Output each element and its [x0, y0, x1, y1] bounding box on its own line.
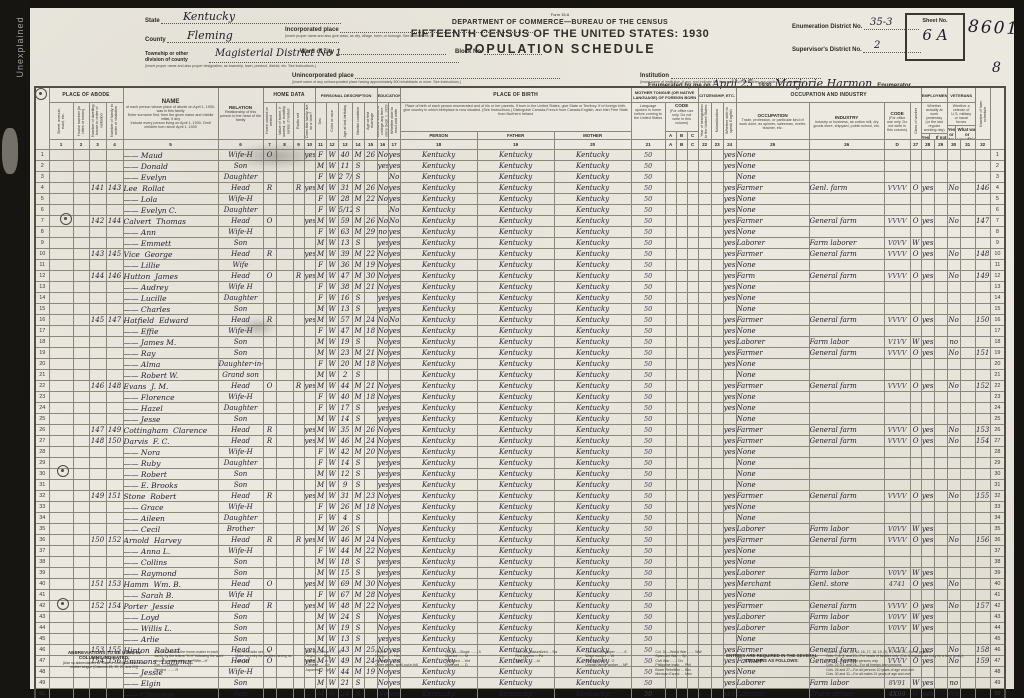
cell-name: Stone Robert [123, 491, 218, 502]
cell-am [364, 612, 377, 623]
cell-pm: Kentucky [554, 623, 631, 634]
cell-emp: yes [921, 689, 934, 698]
cell-mt: 50 [631, 458, 665, 469]
table-row: 40151153Hamm Wm. B.HeadOyesMW69M30NoyesK… [35, 579, 1005, 590]
cell-emp [921, 161, 934, 172]
cell-st [49, 678, 73, 689]
cell-name: Porter Jessie [123, 601, 218, 612]
cell-cd [884, 634, 910, 645]
line-number: 10 [990, 249, 1005, 260]
cell-fa: yes [304, 535, 315, 546]
cell-fa [304, 337, 315, 348]
cell-yi [698, 480, 711, 491]
cell-ind: General farm [809, 249, 884, 260]
cell-fa [304, 447, 315, 458]
cell-pm: Kentucky [554, 161, 631, 172]
cell-ca [665, 249, 676, 260]
cell-dw: 145 [89, 315, 106, 326]
cell-age: 40 [338, 150, 352, 161]
cell-ul [934, 403, 947, 414]
cell-ms: M [352, 249, 364, 260]
cell-rad [293, 282, 304, 293]
cell-ms: S [352, 403, 364, 414]
cell-name: Vice George [123, 249, 218, 260]
line-number: 42 [35, 601, 49, 612]
cell-cc [687, 469, 698, 480]
cell-nat [711, 689, 723, 698]
abbreviation-column: Filipino ...... FilHindu ........ HinKor… [375, 650, 437, 676]
cell-cw [910, 150, 921, 161]
line-number: 49 [35, 678, 49, 689]
line-number: 37 [990, 546, 1005, 557]
cell-cc [687, 348, 698, 359]
cell-cr: W [326, 304, 338, 315]
cell-cw: O [910, 425, 921, 436]
line-number: 16 [990, 315, 1005, 326]
cell-occ: None [736, 557, 809, 568]
cell-pb: Kentucky [400, 172, 477, 183]
cell-age: 19 [338, 337, 352, 348]
cell-val [276, 249, 293, 260]
line-number: 46 [990, 645, 1005, 656]
cell-cw: W [910, 337, 921, 348]
cell-cd [884, 590, 910, 601]
col-header-street: Street, avenue, road, etc. [49, 103, 73, 140]
cell-name: —— Anna L. [123, 546, 218, 557]
line-number: 1 [990, 150, 1005, 161]
cell-cw: O [910, 348, 921, 359]
cell-sx: M [315, 634, 326, 645]
cell-cw: O [910, 183, 921, 194]
cell-dw [89, 293, 106, 304]
line-number: 7 [35, 216, 49, 227]
cell-cc [687, 579, 698, 590]
cell-cb [676, 491, 687, 502]
cell-cr: W [326, 227, 338, 238]
cell-ca [665, 271, 676, 282]
cell-war [960, 326, 975, 337]
cell-pf: Kentucky [477, 557, 554, 568]
cell-fs: 152 [975, 381, 990, 392]
cell-nat [711, 612, 723, 623]
cell-occ: Farmer [736, 425, 809, 436]
cell-cr: W [326, 161, 338, 172]
cell-fs: 150 [975, 315, 990, 326]
line-number: 50 [35, 689, 49, 698]
line-number: 9 [990, 238, 1005, 249]
cell-cb [676, 304, 687, 315]
cell-sx: M [315, 689, 326, 698]
cell-dw [89, 337, 106, 348]
cell-nat [711, 172, 723, 183]
cell-own [263, 524, 276, 535]
cell-cw [910, 447, 921, 458]
cell-dw [89, 161, 106, 172]
cell-cb [676, 315, 687, 326]
cell-yi [698, 513, 711, 524]
cell-fm [106, 194, 123, 205]
cell-pm: Kentucky [554, 315, 631, 326]
cell-emp: yes [921, 249, 934, 260]
cell-fa: yes [304, 425, 315, 436]
cell-rw [388, 513, 400, 524]
col-header-dwelling-number: Number of dwelling house in order of vis… [89, 103, 106, 140]
cell-am: 22 [364, 249, 377, 260]
cell-emp: yes [921, 601, 934, 612]
cell-val [276, 535, 293, 546]
line-number: 41 [990, 590, 1005, 601]
table-row: 1—— MaudWife-HOyesFW40M26NoyesKentuckyKe… [35, 150, 1005, 161]
cell-pm: Kentucky [554, 546, 631, 557]
cell-ca [665, 491, 676, 502]
cell-occ: None [736, 590, 809, 601]
enumeration-district-field: Enumeration District No. 35-3 [792, 22, 919, 30]
cell-dw [89, 557, 106, 568]
cell-fm: 153 [106, 579, 123, 590]
cell-am [364, 513, 377, 524]
cell-st [49, 359, 73, 370]
cell-rad [293, 260, 304, 271]
abbreviation-column: Col. 9—Radio set ... RMake no entry for … [235, 650, 297, 676]
cell-cw [910, 458, 921, 469]
col-header-code-b: B [677, 132, 688, 139]
cell-cc [687, 557, 698, 568]
cell-mt: 50 [631, 502, 665, 513]
cell-fm [106, 513, 123, 524]
state-field: State Kentucky [145, 16, 341, 24]
cell-en [723, 172, 736, 183]
cell-am: 24 [364, 315, 377, 326]
cell-rad [293, 370, 304, 381]
cell-fm [106, 689, 123, 698]
cell-rel: Wife H [218, 282, 263, 293]
cell-cw [910, 161, 921, 172]
cell-ms: M [352, 381, 364, 392]
cell-nat [711, 557, 723, 568]
cell-pm: Kentucky [554, 227, 631, 238]
cell-ind [809, 392, 884, 403]
cell-emp [921, 546, 934, 557]
cell-ind [809, 480, 884, 491]
cell-cd [884, 370, 910, 381]
cell-nat [711, 403, 723, 414]
cell-fs [975, 370, 990, 381]
cell-sx: F [315, 458, 326, 469]
supervisors-district-field: Supervisor's District No. 2 [792, 45, 921, 53]
cell-age: 5/12 [338, 205, 352, 216]
cell-am [364, 557, 377, 568]
cell-occ: Laborer [736, 612, 809, 623]
cell-mt: 50 [631, 414, 665, 425]
cell-ul [934, 293, 947, 304]
cell-pb: Kentucky [400, 326, 477, 337]
cell-fs [975, 634, 990, 645]
cell-am: 26 [364, 216, 377, 227]
cell-am [364, 370, 377, 381]
table-row: 10143145Vice GeorgeHeadRyesMW39M22NoyesK… [35, 249, 1005, 260]
group-place-of-abode: PLACE OF ABODE [49, 87, 123, 103]
cell-st [49, 172, 73, 183]
table-row: 20—— AlmaDaughter-in-lawFW20M18NoyesKent… [35, 359, 1005, 370]
cell-fm [106, 414, 123, 425]
table-row: 23—— FlorenceWife-HFW40M18NoyesKentuckyK… [35, 392, 1005, 403]
cell-vet: No [947, 315, 960, 326]
cell-st [49, 293, 73, 304]
cell-fs: 153 [975, 425, 990, 436]
cell-yi [698, 678, 711, 689]
cell-mt: 50 [631, 315, 665, 326]
cell-fs [975, 260, 990, 271]
cell-en [723, 304, 736, 315]
cell-fa [304, 502, 315, 513]
cell-ca [665, 238, 676, 249]
cell-war [960, 271, 975, 282]
cell-nat [711, 216, 723, 227]
cell-ca [665, 524, 676, 535]
cell-ms: S [352, 293, 364, 304]
col-header-immigration-year: Year of immigration to the United States [698, 103, 711, 140]
cell-age: 57 [338, 315, 352, 326]
cell-val [276, 172, 293, 183]
cell-val [276, 678, 293, 689]
cell-name: —— Clemmie [123, 689, 218, 698]
cell-pm: Kentucky [554, 689, 631, 698]
cell-emp [921, 293, 934, 304]
cell-fa [304, 293, 315, 304]
cell-pb: Kentucky [400, 205, 477, 216]
cell-rad: R [293, 535, 304, 546]
cell-nat [711, 205, 723, 216]
cell-rel: Daughter [218, 403, 263, 414]
cell-rw [388, 370, 400, 381]
col-number: 3 [89, 140, 106, 150]
cell-val [276, 524, 293, 535]
abbreviation-column: Col. 23—Naturalized ... NaFirst papers .… [515, 650, 577, 676]
cell-fm [106, 546, 123, 557]
cell-ul [934, 568, 947, 579]
cell-occ: Farm [736, 271, 809, 282]
cell-nat [711, 370, 723, 381]
line-number: 17 [990, 326, 1005, 337]
cell-rel: Wife-H [218, 227, 263, 238]
cell-vet [947, 282, 960, 293]
cell-age: 44 [338, 381, 352, 392]
cell-rw: yes [388, 436, 400, 447]
cell-ms: S [352, 172, 364, 183]
cell-cc [687, 150, 698, 161]
cell-cd [884, 392, 910, 403]
cell-mt: 50 [631, 612, 665, 623]
cell-ca [665, 447, 676, 458]
cell-fa [304, 557, 315, 568]
cell-ca [665, 590, 676, 601]
cell-pm: Kentucky [554, 590, 631, 601]
cell-vet [947, 194, 960, 205]
cell-rw: yes [388, 249, 400, 260]
line-number: 5 [35, 194, 49, 205]
col-header-family-number: Number of family in order of visitation [106, 103, 123, 140]
cell-ms: M [352, 359, 364, 370]
cell-sx: M [315, 348, 326, 359]
group-place-of-birth: PLACE OF BIRTH [400, 87, 631, 103]
cell-mt: 50 [631, 689, 665, 698]
col-number: 31 [960, 140, 975, 150]
cell-st [49, 524, 73, 535]
cell-pf: Kentucky [477, 337, 554, 348]
cell-sx: F [315, 205, 326, 216]
cell-cc [687, 623, 698, 634]
cell-ind [809, 634, 884, 645]
cell-rw: yes [388, 293, 400, 304]
cell-pf: Kentucky [477, 513, 554, 524]
cell-pb: Kentucky [400, 282, 477, 293]
cell-rel: Head [218, 183, 263, 194]
cell-ul [934, 238, 947, 249]
cell-cr: W [326, 150, 338, 161]
cell-cr: W [326, 535, 338, 546]
cell-name: —— Hazel [123, 403, 218, 414]
cell-cb [676, 194, 687, 205]
line-number: 19 [35, 348, 49, 359]
cell-sch: No [377, 590, 388, 601]
cell-cc [687, 205, 698, 216]
cell-ul [934, 557, 947, 568]
cell-cr: W [326, 689, 338, 698]
cell-sch: No [377, 425, 388, 436]
cell-occ: None [736, 458, 809, 469]
cell-name: —— Loyd [123, 612, 218, 623]
cell-dw [89, 282, 106, 293]
veterans-subheader: Whether a veteran of U.S. military or na… [947, 103, 975, 140]
line-number: 18 [990, 337, 1005, 348]
cell-own: O [263, 381, 276, 392]
cell-cb [676, 601, 687, 612]
cell-occ: Laborer [736, 568, 809, 579]
cell-sx: M [315, 469, 326, 480]
cell-en: yes [723, 205, 736, 216]
cell-cb [676, 524, 687, 535]
cell-hn [73, 227, 89, 238]
table-row: 13—— AudreyWife HFW38M21NoyesKentuckyKen… [35, 282, 1005, 293]
cell-rw: yes [388, 678, 400, 689]
cell-pb: Kentucky [400, 227, 477, 238]
table-row: 41—— Sarah B.Wife HFW67M28NoyesKentuckyK… [35, 590, 1005, 601]
line-number: 15 [990, 304, 1005, 315]
cell-pf: Kentucky [477, 524, 554, 535]
cell-rel: Son [218, 469, 263, 480]
cell-rel: Daughter [218, 293, 263, 304]
cell-st [49, 568, 73, 579]
cell-am [364, 469, 377, 480]
cell-vet: No [947, 249, 960, 260]
cell-ind: Farm laborer [809, 238, 884, 249]
cell-cc [687, 590, 698, 601]
line-number: 47 [35, 656, 49, 667]
table-row: 18—— James M.SonMW19SNoyesKentuckyKentuc… [35, 337, 1005, 348]
cell-cb [676, 502, 687, 513]
cell-fa: yes [304, 271, 315, 282]
cell-dw [89, 513, 106, 524]
cell-fm [106, 293, 123, 304]
cell-name: —— Jesse [123, 414, 218, 425]
cell-en: yes [723, 425, 736, 436]
cell-hn [73, 436, 89, 447]
cell-mt: 50 [631, 524, 665, 535]
cell-cd [884, 403, 910, 414]
cell-cb [676, 161, 687, 172]
line-number: 48 [35, 667, 49, 678]
cell-name: —— Lillie [123, 260, 218, 271]
cell-pm: Kentucky [554, 491, 631, 502]
cell-pf: Kentucky [477, 370, 554, 381]
cell-cd [884, 414, 910, 425]
cell-en: yes [723, 524, 736, 535]
cell-am: 24 [364, 535, 377, 546]
cell-occ: Farmer [736, 348, 809, 359]
cell-age: 28 [338, 194, 352, 205]
cell-cb [676, 513, 687, 524]
cell-rad [293, 557, 304, 568]
cell-pb: Kentucky [400, 557, 477, 568]
cell-yi [698, 183, 711, 194]
cell-cr: W [326, 601, 338, 612]
col-number: 22 [698, 140, 711, 150]
cell-ms: M [352, 260, 364, 271]
cell-rad [293, 458, 304, 469]
cell-pm: Kentucky [554, 370, 631, 381]
cell-am [364, 403, 377, 414]
cell-pb: Kentucky [400, 612, 477, 623]
table-row: 43—— LoydSonMW24SNoyesKentuckyKentuckyKe… [35, 612, 1005, 623]
cell-sch: yes [377, 480, 388, 491]
cell-sx: M [315, 601, 326, 612]
cell-cc [687, 447, 698, 458]
cell-cw [910, 260, 921, 271]
cell-rad [293, 304, 304, 315]
cell-cd: 4741 [884, 579, 910, 590]
cell-ms: S [352, 458, 364, 469]
cell-st [49, 513, 73, 524]
cell-cw: O [910, 216, 921, 227]
cell-pf: Kentucky [477, 194, 554, 205]
cell-cw: W [910, 689, 921, 698]
cell-cr: W [326, 568, 338, 579]
cell-own: O [263, 579, 276, 590]
cell-nat [711, 348, 723, 359]
cell-pb: Kentucky [400, 348, 477, 359]
cell-yi [698, 282, 711, 293]
cell-en: yes [723, 557, 736, 568]
cell-cc [687, 634, 698, 645]
table-row: 27148150Darvis F. C.HeadRyesMW46M24Noyes… [35, 436, 1005, 447]
cell-val [276, 392, 293, 403]
cell-hn [73, 546, 89, 557]
group-relation: RELATION Relationship of this person to … [218, 87, 263, 140]
cell-pf: Kentucky [477, 436, 554, 447]
cell-st [49, 414, 73, 425]
cell-rel: Wife-H [218, 546, 263, 557]
cell-hn [73, 315, 89, 326]
cell-ca [665, 348, 676, 359]
cell-age: 20 [338, 359, 352, 370]
cell-vet [947, 458, 960, 469]
line-number: 8 [990, 227, 1005, 238]
cell-ca [665, 381, 676, 392]
cell-age: 59 [338, 216, 352, 227]
cell-war [960, 425, 975, 436]
cell-pb: Kentucky [400, 491, 477, 502]
line-number: 9 [35, 238, 49, 249]
